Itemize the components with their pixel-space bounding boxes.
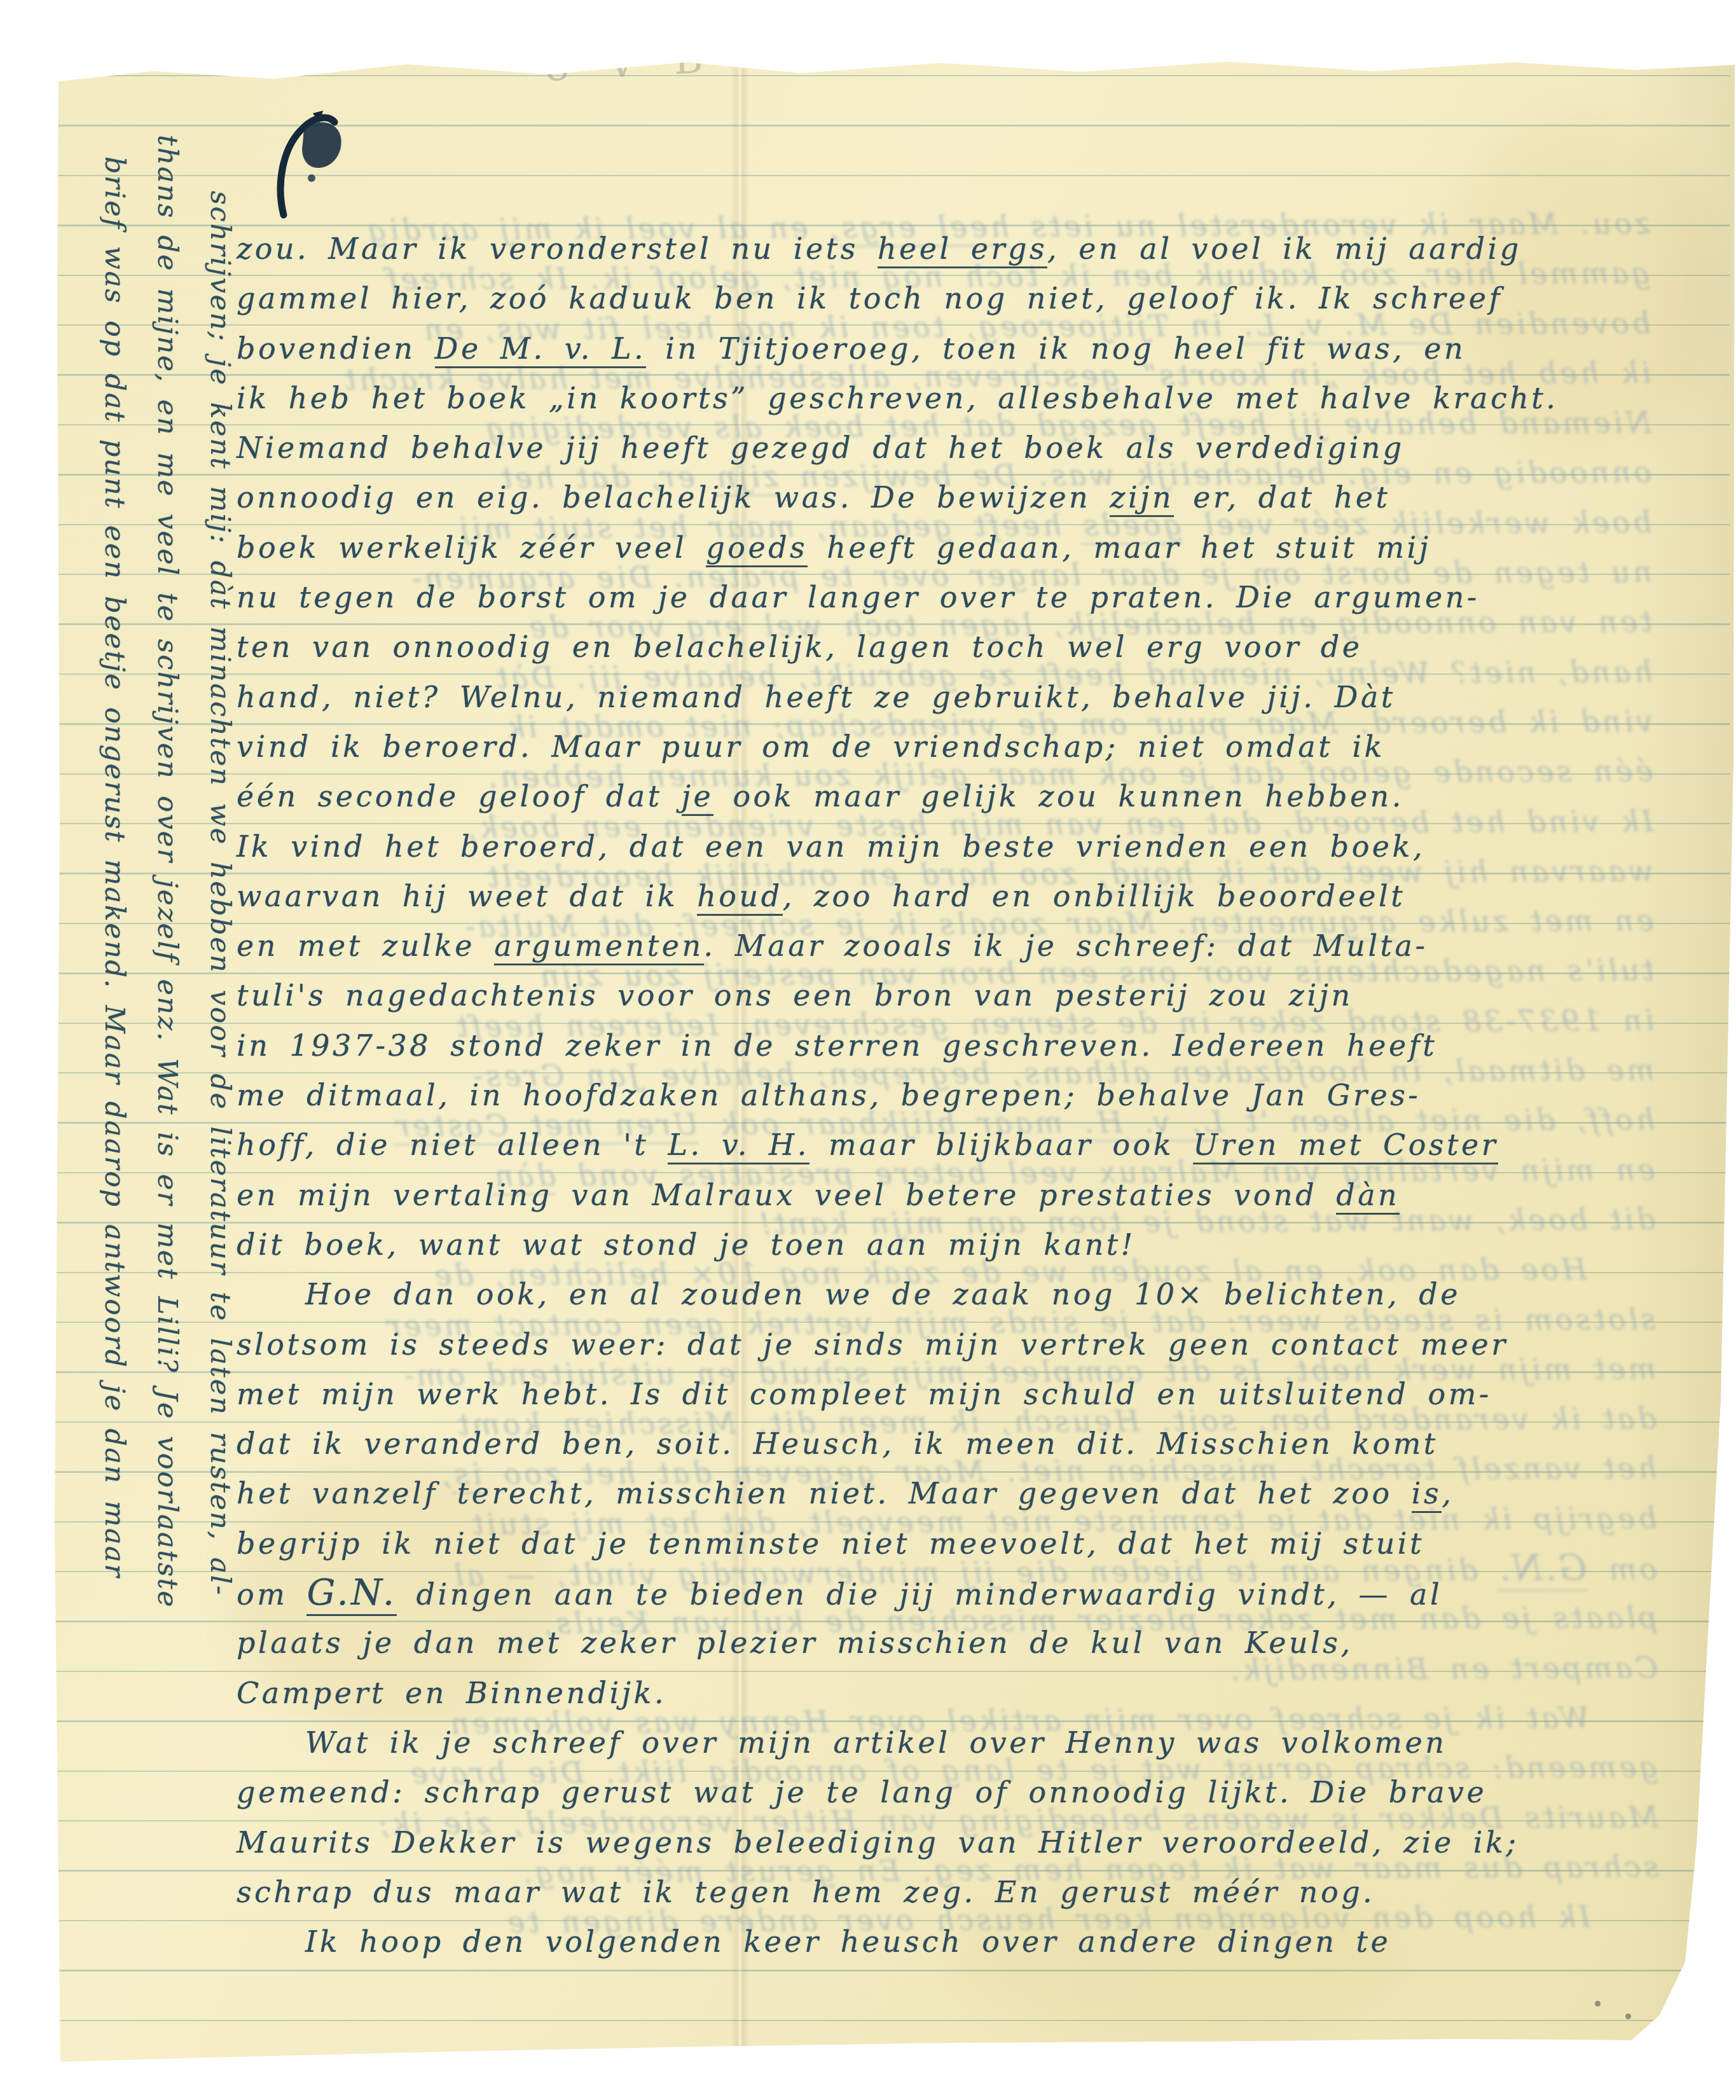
letter-line: hoff, die niet alleen 't L. v. H. maar b… [237, 1120, 1655, 1170]
letter-line: gammel hier, zoó kaduuk ben ik toch nog … [237, 273, 1655, 323]
letter-text-segment: ook maar gelijk zou kunnen hebben. [713, 779, 1404, 813]
letter-text-segment: in Tjitjoeroeg, toen ik nog heel fit was… [646, 331, 1466, 366]
letter-line: één seconde geloof dat je ook maar gelij… [237, 771, 1655, 821]
letter-text-segment: er, dat het [1174, 480, 1390, 515]
letter-line: Niemand behalve jij heeft gezegd dat het… [237, 423, 1655, 473]
letter-line: Ik vind het beroerd, dat een van mijn be… [237, 822, 1655, 871]
letter-text-segment: maar blijkbaar ook [809, 1128, 1194, 1162]
letter-text-segment: waarvan hij weet dat ik [237, 879, 697, 913]
letter-line: om G.N. dingen aan te bieden die jij min… [237, 1568, 1655, 1618]
letter-line: Campert en Binnendijk. [237, 1668, 1655, 1718]
letter-line: onnoodig en eig. belachelijk was. De bew… [237, 473, 1655, 522]
letter-text-segment: Wat ik je schreef over mijn artikel over… [305, 1725, 1447, 1760]
letter-text-segment: Uren met Coster [1193, 1128, 1498, 1164]
letter-text-segment: dit boek, want wat stond je toen aan mij… [237, 1227, 1136, 1262]
letter-line: me ditmaal, in hoofdzaken althans, begre… [237, 1070, 1655, 1120]
letter-text-segment: ten van onnoodig en belachelijk, lagen t… [237, 630, 1362, 664]
letter-line: het vanzelf terecht, misschien niet. Maa… [237, 1468, 1655, 1518]
ink-blot [275, 109, 359, 219]
letter-line: plaats je dan met zeker plezier misschie… [237, 1618, 1655, 1668]
letter-text-segment: . Maar zooals ik je schreef: dat Multa- [704, 929, 1428, 963]
letter-text-segment: hand, niet? Welnu, niemand heeft ze gebr… [237, 680, 1396, 714]
letter-line: vind ik beroerd. Maar puur om de vriends… [237, 722, 1655, 771]
letter-text-segment: met mijn werk hebt. Is dit compleet mijn… [237, 1377, 1492, 1411]
letter-text-segment: hoff, die niet alleen 't [237, 1128, 668, 1162]
letter-text-segment: , en al voel ik mij aardig [1047, 231, 1522, 266]
letter-text-segment: gammel hier, zoó kaduuk ben ik toch nog … [237, 281, 1503, 315]
letter-line: in 1937-38 stond zeker in de sterren ges… [237, 1021, 1655, 1070]
letter-line: hand, niet? Welnu, niemand heeft ze gebr… [237, 672, 1655, 722]
letter-text-segment: tuli's nagedachtenis voor ons een bron v… [237, 978, 1353, 1012]
letter-text-segment: is [1412, 1476, 1442, 1513]
letter-text-segment: ik heb het boek „in koorts” geschreven, … [237, 381, 1558, 415]
letter-text-segment: schrap dus maar wat ik tegen hem zeg. En… [237, 1875, 1375, 1909]
letter-line: Ik hoop den volgenden keer heusch over a… [237, 1917, 1655, 1966]
letter-body: zou. Maar ik veronderstel nu iets heel e… [237, 224, 1655, 1966]
letter-text-segment: goeds [706, 530, 808, 567]
letter-text-segment: het vanzelf terecht, misschien niet. Maa… [237, 1476, 1412, 1510]
letter-text-segment: , [1442, 1476, 1454, 1510]
letter-text-segment: onnoodig en eig. belachelijk was. De bew… [237, 480, 1110, 515]
letter-line: boek werkelijk zéér veel goeds heeft ged… [237, 523, 1655, 572]
margin-line: schrijven; je kent mij: dàt minachten we… [200, 191, 240, 1596]
letter-text-segment: begrijp ik niet dat je tenminste niet me… [237, 1526, 1424, 1561]
letter-text-segment: argumenten [494, 929, 703, 965]
letter-line: en met zulke argumenten. Maar zooals ik … [237, 921, 1655, 971]
letter-line: waarvan hij weet dat ik houd, zoo hard e… [237, 871, 1655, 921]
letter-text-segment: L. v. H. [668, 1128, 809, 1164]
letter-text-segment: De M. v. L. [435, 331, 647, 368]
letter-text-segment: slotsom is steeds weer: dat je sinds mij… [237, 1327, 1508, 1362]
pencil-inventory-mark: 8 V B [543, 35, 717, 90]
letter-text-segment: plaats je dan met zeker plezier misschie… [237, 1626, 1353, 1660]
letter-line: Wat ik je schreef over mijn artikel over… [237, 1718, 1655, 1767]
letter-text-segment: gemeend: schrap gerust wat je te lang of… [237, 1775, 1487, 1809]
letter-text-segment: , zoo hard en onbillijk beoordeelt [783, 879, 1406, 913]
letter-line: ten van onnoodig en belachelijk, lagen t… [237, 622, 1655, 672]
letter-line: bovendien De M. v. L. in Tjitjoeroeg, to… [237, 324, 1655, 373]
letter-line: Maurits Dekker is wegens beleediging van… [237, 1818, 1655, 1867]
letter-text-segment: dat ik veranderd ben, soit. Heusch, ik m… [237, 1426, 1438, 1461]
letter-text-segment: bovendien [237, 331, 435, 366]
letter-paper-sheet: 8 V B zou. Maar ik veronderstel nu iets … [0, 0, 1736, 2100]
letter-line: zou. Maar ik veronderstel nu iets heel e… [237, 224, 1655, 273]
letter-line: Hoe dan ook, en al zouden we de zaak nog… [237, 1269, 1655, 1319]
letter-text-segment: Maurits Dekker is wegens beleediging van… [237, 1825, 1519, 1860]
letter-text-segment: om [237, 1577, 307, 1612]
letter-text-segment: houd [697, 879, 782, 916]
letter-text-segment: zou. Maar ik veronderstel nu iets [237, 231, 878, 266]
letter-line: schrap dus maar wat ik tegen hem zeg. En… [237, 1867, 1655, 1917]
corner-ink-dot [1595, 2001, 1601, 2007]
letter-text-segment: één seconde geloof dat [237, 779, 682, 813]
margin-line: brief was op dat punt een beetje ongerus… [94, 156, 135, 1578]
letter-line: ik heb het boek „in koorts” geschreven, … [237, 373, 1655, 423]
letter-text-segment: dàn [1336, 1178, 1400, 1215]
letter-line: dit boek, want wat stond je toen aan mij… [237, 1220, 1655, 1269]
letter-text-segment: Hoe dan ook, en al zouden we de zaak nog… [305, 1277, 1461, 1311]
letter-text-segment: dingen aan te bieden die jij minderwaard… [397, 1577, 1442, 1612]
letter-line: slotsom is steeds weer: dat je sinds mij… [237, 1320, 1655, 1369]
letter-text-segment: heeft gedaan, maar het stuit mij [808, 530, 1431, 565]
letter-text-segment: boek werkelijk zéér veel [237, 530, 706, 565]
letter-line: met mijn werk hebt. Is dit compleet mijn… [237, 1369, 1655, 1419]
letter-text-segment: zijn [1110, 480, 1174, 517]
letter-text-segment: G.N. [307, 1572, 397, 1616]
letter-text-segment: Ik vind het beroerd, dat een van mijn be… [237, 829, 1425, 864]
corner-ink-dot [1625, 2014, 1631, 2019]
letter-text-segment: Niemand behalve jij heeft gezegd dat het… [237, 431, 1405, 465]
letter-line: gemeend: schrap gerust wat je te lang of… [237, 1767, 1655, 1817]
letter-line: begrijp ik niet dat je tenminste niet me… [237, 1519, 1655, 1568]
letter-line: tuli's nagedachtenis voor ons een bron v… [237, 971, 1655, 1020]
letter-text-segment: in 1937-38 stond zeker in de sterren ges… [237, 1028, 1437, 1063]
letter-line: dat ik veranderd ben, soit. Heusch, ik m… [237, 1419, 1655, 1468]
letter-text-segment: nu tegen de borst om je daar langer over… [237, 580, 1480, 614]
letter-text-segment: en mijn vertaling van Malraux veel beter… [237, 1178, 1336, 1212]
letter-text-segment: je [682, 779, 714, 816]
letter-text-segment: en met zulke [237, 929, 494, 963]
letter-text-segment: Ik hoop den volgenden keer heusch over a… [305, 1924, 1391, 1959]
letter-text-segment: heel ergs [878, 231, 1047, 268]
letter-text-segment: me ditmaal, in hoofdzaken althans, begre… [237, 1078, 1421, 1112]
letter-line: nu tegen de borst om je daar langer over… [237, 572, 1655, 622]
letter-line: en mijn vertaling van Malraux veel beter… [237, 1170, 1655, 1220]
letter-text-segment: vind ik beroerd. Maar puur om de vriends… [237, 729, 1385, 764]
margin-line: thans de mijne, en me veel te schrijven … [147, 135, 188, 1608]
letter-text-segment: Campert en Binnendijk. [237, 1676, 666, 1710]
